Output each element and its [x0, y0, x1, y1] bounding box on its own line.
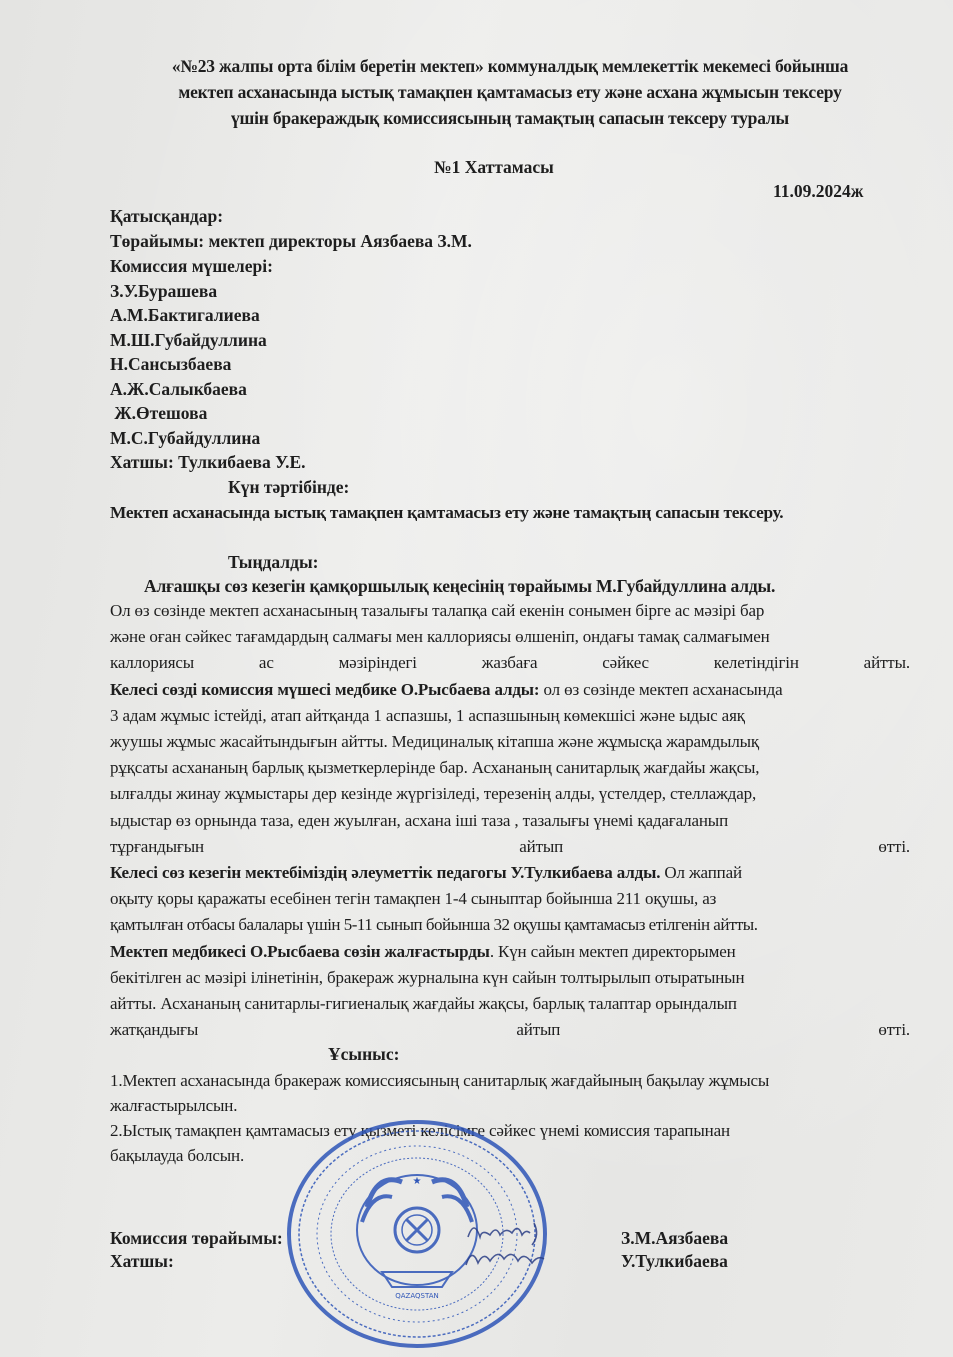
word: айтып [516, 1017, 560, 1043]
member-item: М.С.Губайдуллина [110, 426, 260, 451]
secretary-line: Хатшы: Тулкибаева У.Е. [110, 450, 306, 475]
agenda-heading: Күн тәртібінде: [228, 475, 349, 500]
member-item: Н.Сансызбаева [110, 352, 231, 377]
paragraph-line: Ол өз сөзінде мектеп асханасының тазалығ… [110, 598, 910, 624]
secretary-signature-label: Хатшы: [110, 1249, 174, 1274]
secretary-signature-name: У.Тулкибаева [621, 1249, 728, 1274]
title-line: үшін бракераждық комиссиясының тамақтың … [100, 105, 920, 131]
word: тұрғандығын [110, 834, 204, 860]
word: каллориясы [110, 650, 194, 676]
heard-heading: Тыңдалды: [228, 550, 318, 575]
document-title: «№23 жалпы орта білім беретін мектеп» ко… [100, 53, 920, 131]
paragraph-line: қамтылған отбасы балалары үшін 5-11 сыны… [110, 912, 910, 938]
line-rest: ол өз сөзінде мектеп асханасында [539, 680, 782, 699]
chair-signature-label: Комиссия төрайымы: [110, 1226, 283, 1251]
protocol-number: №1 Хаттамасы [434, 157, 554, 178]
speaker-lead: Мектеп медбикесі О.Рысбаева сөзін жалғас… [110, 942, 490, 961]
speaker-lead: Келесі сөз кезегін мектебіміздің әлеумет… [110, 863, 660, 882]
paragraph-line: және оған сәйкес тағамдардың салмағы мен… [110, 624, 910, 650]
chair-line: Төрайымы: мектеп директоры Аязбаева З.М. [110, 229, 472, 254]
paragraph-line: Мектеп медбикесі О.Рысбаева сөзін жалғас… [110, 939, 910, 965]
member-item: М.Ш.Губайдуллина [110, 328, 267, 353]
paragraph-line: айтты. Асхананың санитарлы-гигиеналық жа… [110, 991, 910, 1017]
paragraph-line: Келесі сөз кезегін мектебіміздің әлеумет… [110, 860, 910, 886]
paragraph-line: 3 адам жұмыс істейді, атап айтқанда 1 ас… [110, 703, 910, 729]
paragraph-line: рұқсаты асхананың барлық қызметкерлерінд… [110, 755, 910, 781]
member-item: Ж.Өтешова [110, 401, 207, 426]
line-rest: Ол жаппай [660, 863, 742, 882]
word: ас [259, 650, 274, 676]
word: айтты. [864, 650, 910, 676]
word: жазбаға [482, 650, 538, 676]
stamp-center-text: QAZAQSTAN [395, 1292, 438, 1300]
members-heading: Комиссия мүшелері: [110, 254, 273, 279]
paragraph-line: ыдыстар өз орнында таза, еден жуылған, а… [110, 808, 910, 834]
member-item: З.У.Бурашева [110, 279, 217, 304]
word: өтті. [878, 1017, 910, 1043]
paragraph-line: оқыту қоры қаражаты есебінен тегін тамақ… [110, 886, 910, 912]
svg-text:★: ★ [413, 1176, 422, 1187]
handwritten-signature-icon [460, 1215, 560, 1280]
heard-intro: Алғашқы сөз кезегін қамқоршылық кеңесіні… [144, 574, 775, 599]
word: өтті. [878, 834, 910, 860]
word: мәзіріндегі [339, 650, 417, 676]
word: айтып [519, 834, 563, 860]
participants-heading: Қатысқандар: [110, 204, 223, 229]
paragraph-line: бекітілген ас мәзірі ілінетінін, бракера… [110, 965, 910, 991]
paragraph-line: каллориясы ас мәзіріндегі жазбаға сәйкес… [110, 650, 910, 676]
title-line: «№23 жалпы орта білім беретін мектеп» ко… [100, 53, 920, 79]
word: жатқандығы [110, 1017, 198, 1043]
proposal-heading: Ұсыныс: [328, 1042, 399, 1067]
word: сәйкес [602, 650, 649, 676]
paragraph-line: жатқандығы айтып өтті. [110, 1017, 910, 1043]
heard-paragraph-1: Ол өз сөзінде мектеп асханасының тазалығ… [110, 598, 910, 1043]
member-item: А.Ж.Салыкбаева [110, 377, 247, 402]
paragraph-line: тұрғандығын айтып өтті. [110, 834, 910, 860]
proposal-item-1: 1.Мектеп асханасында бракераж комиссиясы… [110, 1068, 910, 1093]
paragraph-line: Келесі сөзді комиссия мүшесі медбике О.Р… [110, 677, 910, 703]
speaker-lead: Келесі сөзді комиссия мүшесі медбике О.Р… [110, 680, 539, 699]
protocol-date: 11.09.2024ж [773, 181, 863, 202]
title-line: мектеп асханасында ыстық тамақпен қамтам… [100, 79, 920, 105]
agenda-text: Мектеп асханасында ыстық тамақпен қамтам… [110, 501, 783, 526]
line-rest: . Күн сайын мектеп директорымен [490, 942, 736, 961]
paragraph-line: жуушы жұмыс жасайтындығын айтты. Медицин… [110, 729, 910, 755]
chair-signature-name: З.М.Аязбаева [621, 1226, 728, 1251]
member-item: А.М.Бактигалиева [110, 303, 260, 328]
paragraph-line: ылғалды жинау жұмыстары дер кезінде жүрг… [110, 781, 910, 807]
word: келетіндігін [714, 650, 799, 676]
